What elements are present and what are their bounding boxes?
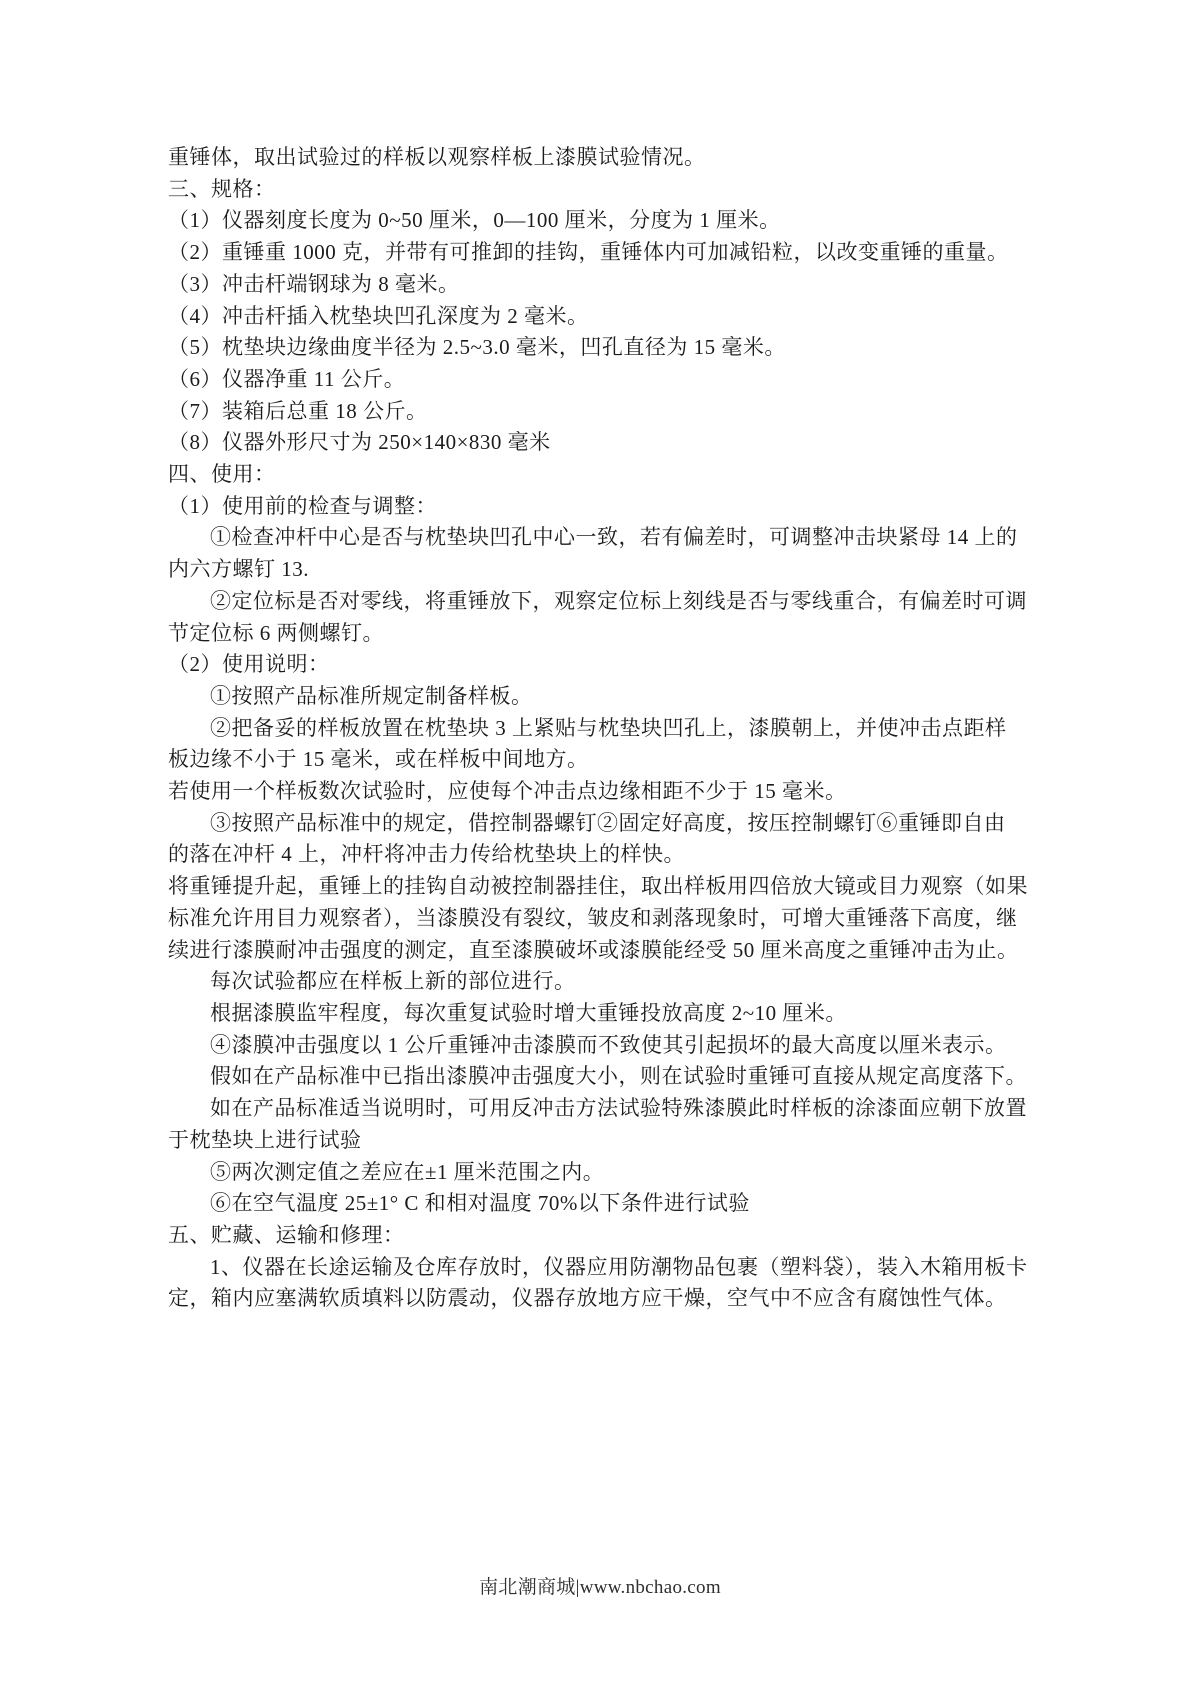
document-body: 重锤体，取出试验过的样板以观察样板上漆膜试验情况。三、规格：（1）仪器刻度长度为… — [168, 142, 1048, 1315]
text-line: 标准允许用目力观察者），当漆膜没有裂纹，皱皮和剥落现象时，可增大重锤落下高度，继 — [168, 903, 1048, 935]
text-line: （2）重锤重 1000 克，并带有可推卸的挂钩，重锤体内可加减铅粒，以改变重锤的… — [168, 237, 1048, 269]
text-line: 定，箱内应塞满软质填料以防震动，仪器存放地方应干燥，空气中不应含有腐蚀性气体。 — [168, 1283, 1048, 1315]
text-line: 根据漆膜监牢程度，每次重复试验时增大重锤投放高度 2~10 厘米。 — [168, 998, 1048, 1030]
text-line: （8）仪器外形尺寸为 250×140×830 毫米 — [168, 427, 1048, 459]
text-line: 于枕垫块上进行试验 — [168, 1125, 1048, 1157]
text-line: 内六方螺钉 13. — [168, 554, 1048, 586]
text-line: 1、仪器在长途运输及仓库存放时，仪器应用防潮物品包裹（塑料袋），装入木箱用板卡 — [168, 1252, 1048, 1284]
text-line: （2）使用说明： — [168, 649, 1048, 681]
text-line: （1）仪器刻度长度为 0~50 厘米，0—100 厘米，分度为 1 厘米。 — [168, 205, 1048, 237]
text-line: ③按照产品标准中的规定，借控制器螺钉②固定好高度，按压控制螺钉⑥重锤即自由 — [168, 808, 1048, 840]
text-line: （1）使用前的检查与调整： — [168, 491, 1048, 523]
text-line: 三、规格： — [168, 174, 1048, 206]
document-page: 重锤体，取出试验过的样板以观察样板上漆膜试验情况。三、规格：（1）仪器刻度长度为… — [0, 0, 1200, 1697]
text-line: ②定位标是否对零线，将重锤放下，观察定位标上刻线是否与零线重合，有偏差时可调 — [168, 586, 1048, 618]
text-line: 每次试验都应在样板上新的部位进行。 — [168, 966, 1048, 998]
text-line: 的落在冲杆 4 上，冲杆将冲击力传给枕垫块上的样快。 — [168, 839, 1048, 871]
text-line: 若使用一个样板数次试验时，应使每个冲击点边缘相距不少于 15 毫米。 — [168, 776, 1048, 808]
text-line: 续进行漆膜耐冲击强度的测定，直至漆膜破坏或漆膜能经受 50 厘米高度之重锤冲击为… — [168, 935, 1048, 967]
text-line: 假如在产品标准中已指出漆膜冲击强度大小，则在试验时重锤可直接从规定高度落下。 — [168, 1061, 1048, 1093]
text-line: （5）枕垫块边缘曲度半径为 2.5~3.0 毫米，凹孔直径为 15 毫米。 — [168, 332, 1048, 364]
footer-watermark: 南北潮商城|www.nbchao.com — [0, 1572, 1200, 1599]
text-line: 将重锤提升起，重锤上的挂钩自动被控制器挂住，取出样板用四倍放大镜或目力观察（如果 — [168, 871, 1048, 903]
text-line: ②把备妥的样板放置在枕垫块 3 上紧贴与枕垫块凹孔上，漆膜朝上，并使冲击点距样 — [168, 713, 1048, 745]
text-line: 板边缘不小于 15 毫米，或在样板中间地方。 — [168, 744, 1048, 776]
text-line: 五、贮藏、运输和修理： — [168, 1220, 1048, 1252]
text-line: 重锤体，取出试验过的样板以观察样板上漆膜试验情况。 — [168, 142, 1048, 174]
text-line: ⑥在空气温度 25±1° C 和相对温度 70%以下条件进行试验 — [168, 1188, 1048, 1220]
text-line: ①检查冲杆中心是否与枕垫块凹孔中心一致，若有偏差时，可调整冲击块紧母 14 上的 — [168, 522, 1048, 554]
text-line: 如在产品标准适当说明时，可用反冲击方法试验特殊漆膜此时样板的涂漆面应朝下放置 — [168, 1093, 1048, 1125]
text-line: ④漆膜冲击强度以 1 公斤重锤冲击漆膜而不致使其引起损坏的最大高度以厘米表示。 — [168, 1030, 1048, 1062]
text-line: （7）装箱后总重 18 公斤。 — [168, 396, 1048, 428]
text-line: （3）冲击杆端钢球为 8 毫米。 — [168, 269, 1048, 301]
text-line: （4）冲击杆插入枕垫块凹孔深度为 2 毫米。 — [168, 301, 1048, 333]
text-line: ①按照产品标准所规定制备样板。 — [168, 681, 1048, 713]
text-line: ⑤两次测定值之差应在±1 厘米范围之内。 — [168, 1157, 1048, 1189]
text-line: （6）仪器净重 11 公斤。 — [168, 364, 1048, 396]
text-line: 四、使用： — [168, 459, 1048, 491]
text-line: 节定位标 6 两侧螺钉。 — [168, 618, 1048, 650]
